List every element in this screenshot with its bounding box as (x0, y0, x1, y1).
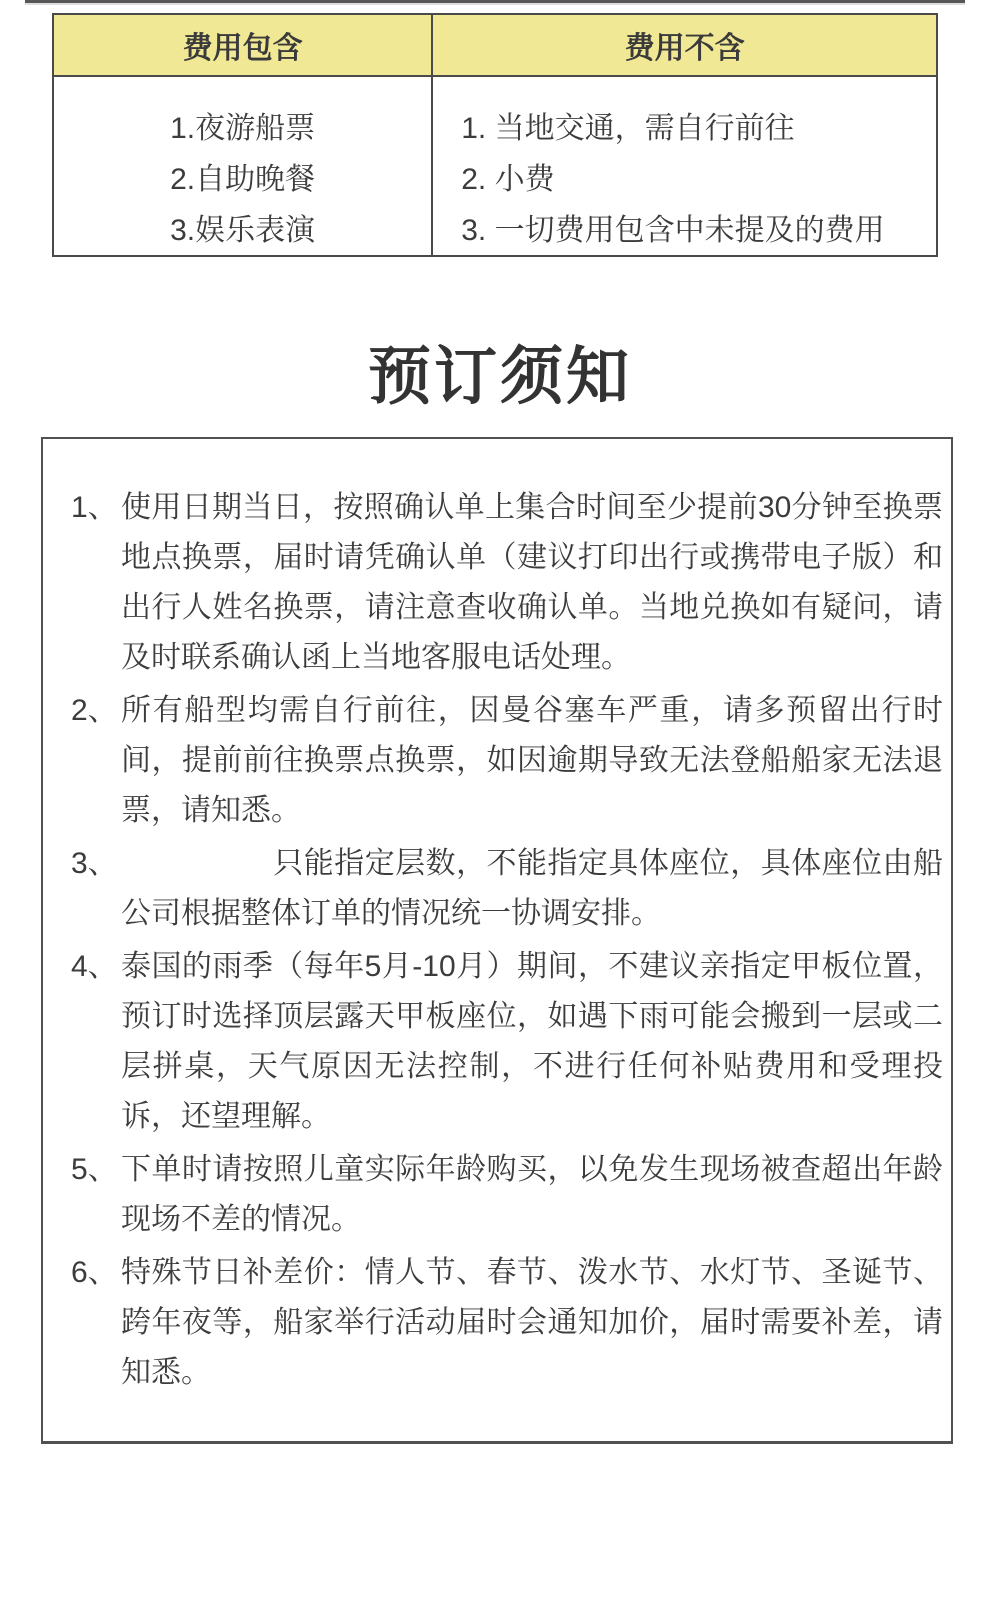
fees-included-item: 1.夜游船票 (170, 103, 315, 154)
note-item-1: 1、 使用日期当日，按照确认单上集合时间至少提前30分钟至换票地点换票，届时请凭… (71, 483, 943, 683)
note-text: 所有船型均需自行前往，因曼谷塞车严重，请多预留出行时间，提前前往换票点换票，如因… (121, 686, 943, 836)
fees-included-item: 3.娱乐表演 (170, 205, 315, 256)
fees-excluded-item: 3. 一切费用包含中未提及的费用 (461, 205, 936, 256)
note-text: 泰国的雨季（每年5月-10月）期间，不建议亲指定甲板位置，预订时选择顶层露天甲板… (121, 942, 943, 1142)
note-item-6: 6、 特殊节日补差价：情人节、春节、泼水节、水灯节、圣诞节、跨年夜等，船家举行活… (71, 1248, 943, 1398)
fees-excluded-item: 2. 小费 (461, 154, 936, 205)
note-item-3: 3、 只能指定层数，不能指定具体座位，具体座位由船公司根据整体订单的情况统一协调… (71, 839, 943, 939)
fees-excluded-cell: 1. 当地交通，需自行前往 2. 小费 3. 一切费用包含中未提及的费用 (433, 77, 936, 255)
note-text: 下单时请按照儿童实际年龄购买，以免发生现场被查超出年龄现场不差的情况。 (121, 1145, 943, 1245)
fees-included-cell: 1.夜游船票 2.自助晚餐 3.娱乐表演 (54, 77, 433, 255)
page-title: 预订须知 (0, 326, 1000, 417)
fees-included-header: 费用包含 (54, 15, 433, 77)
note-item-5: 5、 下单时请按照儿童实际年龄购买，以免发生现场被查超出年龄现场不差的情况。 (71, 1145, 943, 1245)
fees-table: 费用包含 费用不含 1.夜游船票 2.自助晚餐 3.娱乐表演 1. 当地交通，需… (52, 13, 938, 257)
note-number: 1、 (71, 483, 121, 683)
note-number: 4、 (71, 942, 121, 1142)
note-number: 5、 (71, 1145, 121, 1245)
cropped-table-remnant (25, 0, 965, 3)
note-number: 6、 (71, 1248, 121, 1398)
note-text: 只能指定层数，不能指定具体座位，具体座位由船公司根据整体订单的情况统一协调安排。 (121, 839, 943, 939)
note-number: 3、 (71, 839, 121, 939)
note-item-4: 4、 泰国的雨季（每年5月-10月）期间，不建议亲指定甲板位置，预订时选择顶层露… (71, 942, 943, 1142)
note-item-2: 2、 所有船型均需自行前往，因曼谷塞车严重，请多预留出行时间，提前前往换票点换票… (71, 686, 943, 836)
fees-excluded-header: 费用不含 (433, 15, 936, 77)
note-text: 特殊节日补差价：情人节、春节、泼水节、水灯节、圣诞节、跨年夜等，船家举行活动届时… (121, 1248, 943, 1398)
booking-notes-box: 1、 使用日期当日，按照确认单上集合时间至少提前30分钟至换票地点换票，届时请凭… (41, 437, 953, 1444)
fees-included-item: 2.自助晚餐 (170, 154, 315, 205)
note-number: 2、 (71, 686, 121, 836)
fees-excluded-item: 1. 当地交通，需自行前往 (461, 103, 936, 154)
note-text: 使用日期当日，按照确认单上集合时间至少提前30分钟至换票地点换票，届时请凭确认单… (121, 483, 943, 683)
